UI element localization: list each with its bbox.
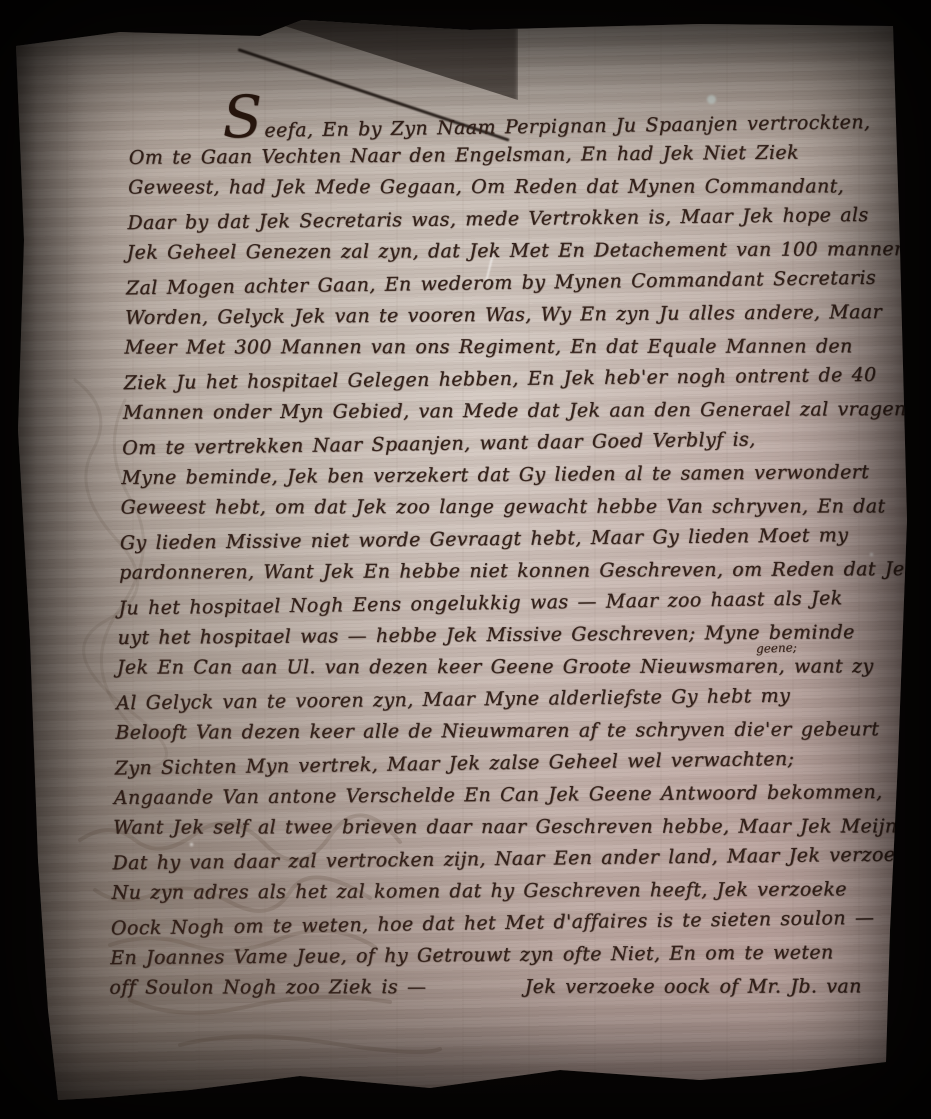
letter-line: Myne beminde, Jek ben verzekert dat Gy l… [121,457,899,495]
letter-line: Om te Gaan Vechten Naar den Engelsman, E… [129,137,897,175]
letter-line: Geweest, had Jek Mede Gegaan, Om Reden d… [128,171,897,204]
letter-line: Worden, Gelyck Jek van te vooren Was, Wy… [125,297,898,335]
paper-flecks [707,95,716,104]
interlinear-insertion: geene; [756,640,797,655]
photograph-background: Seefa, En by Zyn Naam Perpignan Ju Spaan… [0,0,931,1119]
letter-line: Jek En Can aan Ul. van dezen keer Geene … [117,651,901,684]
letter-line: Meer Met 300 Mannen van ons Regiment, En… [124,331,898,364]
letter-line: Want Jek self al twee brieven daar naar … [113,811,902,844]
letter-line: En Joannes Vame Jeue, of hy Getrouwt zyn… [110,937,903,975]
manuscript-page: Seefa, En by Zyn Naam Perpignan Ju Spaan… [0,0,931,1119]
letter-line: off Soulon Nogh zoo Ziek is — Jek verzoe… [109,971,903,1004]
letter-line: Angaande Van antone Verschelde En Can Je… [114,777,902,815]
letter-line: Geweest hebt, om dat Jek zoo lange gewac… [121,491,900,524]
letter-body: Seefa, En by Zyn Naam Perpignan Ju Spaan… [96,105,903,1007]
